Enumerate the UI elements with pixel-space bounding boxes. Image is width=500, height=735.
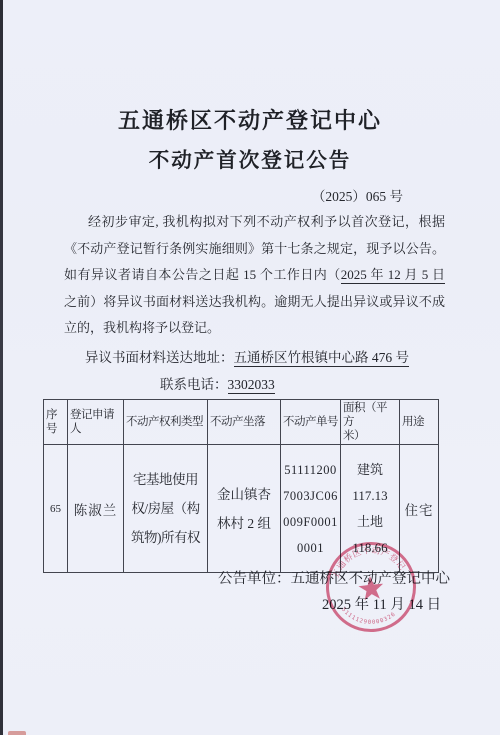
cell-right-type: 宅基地使用 权/房屋（构 筑物)所有权 — [124, 445, 208, 573]
notice-body: 经初步审定, 我机构拟对下列不动产权利予以首次登记，根据 《不动产登记暂行条例实… — [64, 209, 445, 342]
footer-announcing-unit: 公告单位：五通桥区不动产登记中心 — [218, 567, 450, 588]
address-line: 异议书面材料送达地址：五通桥区竹根镇中心路 476 号 — [85, 347, 409, 369]
cell-location: 金山镇杏 林村 2 组 — [208, 445, 281, 573]
header-usage: 用途 — [400, 400, 439, 445]
body-line-5: 立的，我机构将予以登记。 — [64, 315, 445, 342]
table-header-row: 序 号 登记申请 人 不动产权利类型 不动产坐落 不动产单号 面积（平方 米） … — [44, 400, 439, 445]
cell-unit-number: 51111200 7003JC06 009F0001 0001 — [281, 445, 341, 573]
cell-seq: 65 — [44, 445, 68, 573]
table-row: 65 陈淑兰 宅基地使用 权/房屋（构 筑物)所有权 金山镇杏 林村 2 组 5… — [44, 445, 439, 573]
header-applicant: 登记申请 人 — [68, 400, 124, 445]
page-title-org: 五通桥区不动产登记中心 — [0, 104, 500, 135]
header-right-type: 不动产权利类型 — [124, 400, 208, 445]
cell-area: 建筑 117.13 土地 118.66 — [341, 445, 400, 573]
header-location: 不动产坐落 — [208, 400, 281, 445]
phone-label: 联系电话： — [160, 377, 228, 392]
body-line-3-text: 如有异议者请自本公告之日起 15 个工作日内（ — [64, 267, 341, 282]
body-line-3: 如有异议者请自本公告之日起 15 个工作日内（2025 年 12 月 5 日 — [64, 262, 445, 289]
registration-table: 序 号 登记申请 人 不动产权利类型 不动产坐落 不动产单号 面积（平方 米） … — [43, 399, 439, 573]
doc-number: （2025）065 号 — [0, 185, 403, 205]
body-line-2: 《不动产登记暂行条例实施细则》第十七条之规定，现予以公告。 — [64, 236, 445, 263]
phone-line: 联系电话：3302033 — [160, 374, 275, 396]
cell-applicant: 陈淑兰 — [68, 445, 124, 573]
scan-corner-mark — [8, 731, 26, 735]
body-line-4: 之前）将异议书面材料送达我机构。逾期无人提出异议或异议不成 — [64, 289, 445, 316]
cell-usage: 住宅 — [400, 445, 439, 573]
address-label: 异议书面材料送达地址： — [85, 350, 234, 365]
page-title-notice: 不动产首次登记公告 — [0, 143, 500, 173]
address-value-underlined: 五通桥区竹根镇中心路 476 号 — [234, 350, 410, 367]
footer-date: 2025 年 11 月 14 日 — [322, 593, 441, 614]
phone-value-underlined: 3302033 — [228, 377, 275, 394]
deadline-date-underlined: 2025 年 12 月 5 日 — [341, 267, 445, 284]
header-seq: 序 号 — [44, 400, 68, 445]
scanned-notice-page: 五通桥区不动产登记中心 不动产首次登记公告 （2025）065 号 经初步审定,… — [0, 0, 500, 735]
body-line-1: 经初步审定, 我机构拟对下列不动产权利予以首次登记，根据 — [64, 209, 445, 236]
header-unit-number: 不动产单号 — [281, 400, 341, 445]
header-area: 面积（平方 米） — [341, 400, 400, 445]
